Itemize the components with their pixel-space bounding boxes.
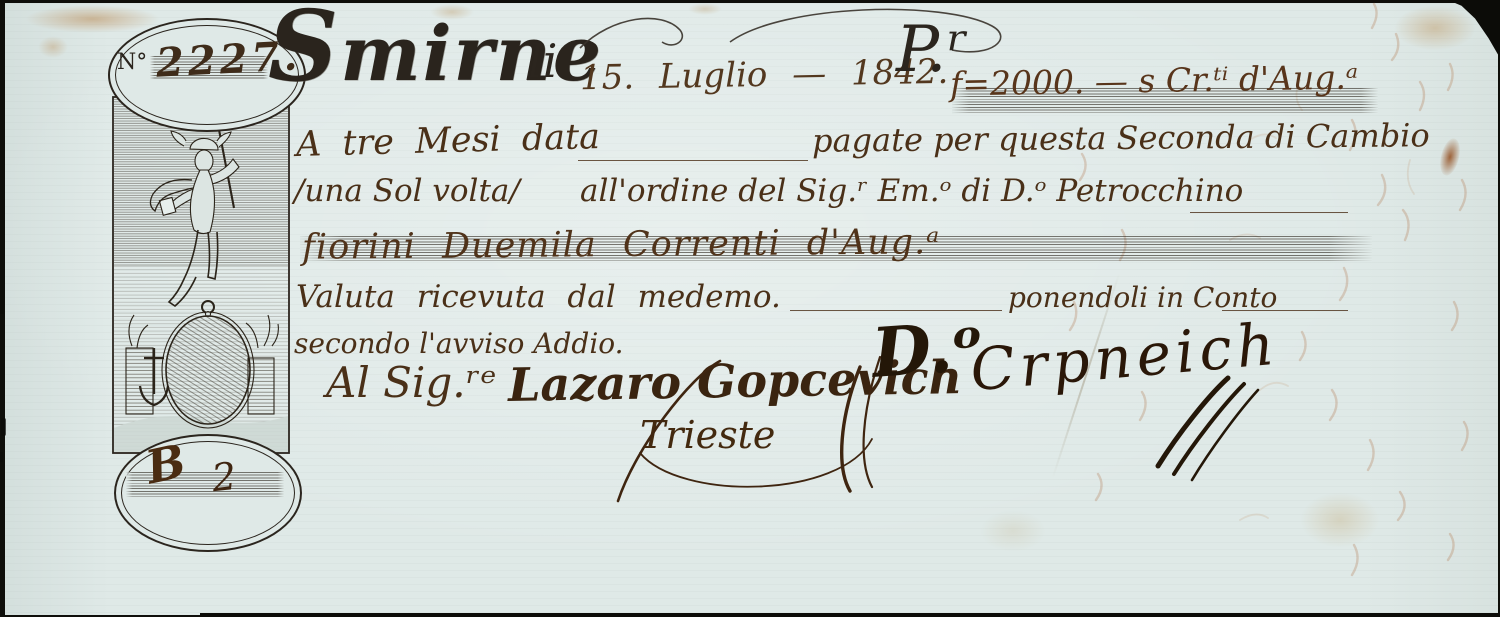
copy-mark-number: 2	[210, 457, 238, 497]
mercury-engraving	[112, 96, 290, 454]
account-clause: ponendoli in Conto	[1008, 284, 1277, 312]
scanned-bill-of-exchange: N° 2227. B 2 Smirne li 15. Luglio — 1842…	[0, 0, 1500, 617]
date-preposition: li	[528, 38, 557, 84]
amount-figures: f=2000. — s Cr.ᵗⁱ d'Aug.ᵃ	[950, 60, 1359, 100]
left-edge-mark	[0, 452, 3, 462]
left-edge-mark	[0, 300, 4, 314]
closing-clause: secondo l'avviso Addio.	[294, 330, 624, 358]
pay-clause: pagate per questa Seconda di Cambio	[812, 119, 1430, 156]
signature-flourish-strokes	[1130, 368, 1320, 483]
order-clause: all'ordine del Sig.ʳ Em.ᵒ di D.ᵒ Petrocc…	[580, 176, 1243, 207]
term-clause: A tre Mesi data	[296, 120, 601, 163]
date-value: 15. Luglio — 1842.	[580, 55, 949, 95]
left-edge-mark	[1, 418, 6, 436]
copy-mark-flourish: B	[142, 431, 219, 490]
serial-number-label: N°	[117, 52, 147, 74]
value-clause: Valuta ricevuta dal medemo.	[296, 282, 781, 313]
ink-rule	[1190, 212, 1348, 213]
ink-rule	[1222, 310, 1348, 311]
sola-clause: /una Sol volta/	[294, 176, 520, 207]
amount-words: fiorini Duemila Correnti d'Aug.ᵃ	[302, 225, 941, 266]
ink-rule	[578, 160, 808, 161]
addressee-honorific: Al Sig.ʳᵉ	[326, 362, 496, 404]
